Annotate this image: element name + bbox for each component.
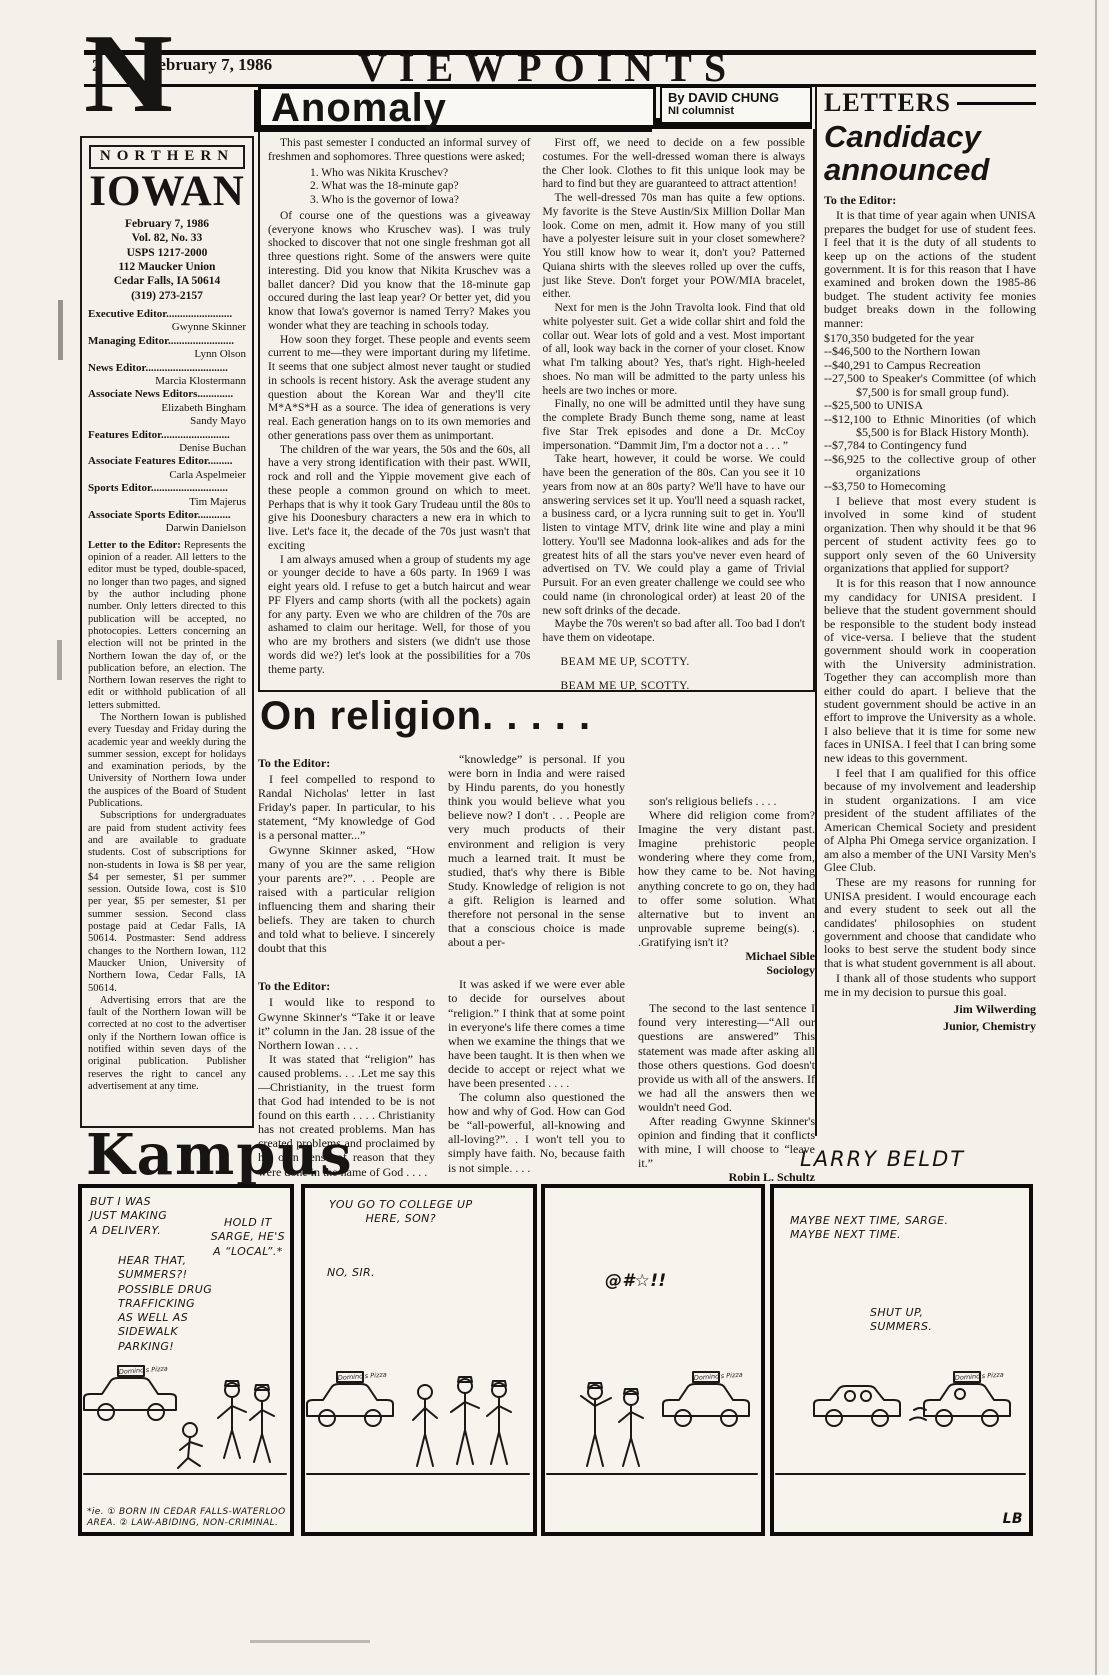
beam-line-1: BEAM ME UP, SCOTTY. xyxy=(561,656,806,670)
publication-info: February 7, 1986 Vol. 82, No. 33 USPS 12… xyxy=(88,217,246,303)
staff-name: Marcia Klostermann xyxy=(88,375,246,388)
pub-phone: (319) 273-2157 xyxy=(88,289,246,303)
comic-panel-4: MAYBE NEXT TIME, SARGE. MAYBE NEXT TIME.… xyxy=(770,1184,1033,1536)
paragraph: son's religious beliefs . . . . xyxy=(638,794,815,808)
staff-role: Associate Features Editor......... xyxy=(88,455,246,468)
paragraph: Maybe the 70s weren't so bad after all. … xyxy=(543,618,806,646)
signature-title: Sociology xyxy=(638,963,815,977)
staff-name: Lynn Olson xyxy=(88,348,246,361)
speech-text: YOU GO TO COLLEGE UP HERE, SON? xyxy=(329,1198,473,1227)
comic-art-driving-away: Domino's Pizza xyxy=(774,1346,1029,1518)
staff-name: Tim Majerus xyxy=(88,496,246,509)
paragraph: I feel compelled to respond to Randal Ni… xyxy=(258,772,435,842)
paragraph: Take heart, however, it could be worse. … xyxy=(543,453,806,618)
scan-smudge xyxy=(58,300,63,360)
paragraph: The children of the war years, the 50s a… xyxy=(268,444,531,554)
paragraph: How soon they forget. These people and e… xyxy=(268,334,531,444)
paragraph: I feel that I am qualified for this offi… xyxy=(824,767,1036,874)
anomaly-byline-role: NI columnist xyxy=(668,105,804,117)
paragraph: The well-dressed 70s man has quite a few… xyxy=(543,192,806,302)
budget-breakdown: $170,350 budgeted for the year --$46,500… xyxy=(824,332,1036,493)
staff-list: Executive Editor........................… xyxy=(88,308,246,536)
speech-text: BUT I WAS JUST MAKING A DELIVERY. xyxy=(90,1195,167,1238)
policy-subscriptions: Subscriptions for undergraduates are pai… xyxy=(88,810,246,994)
salutation: To the Editor: xyxy=(258,756,435,770)
anomaly-survey-questions: 1. Who was Nikita Kruschev? 2. What was … xyxy=(268,167,531,208)
paragraph: It was asked if we were ever able to dec… xyxy=(448,977,625,1090)
page-date: February 7, 1986 xyxy=(148,55,272,75)
scan-smudge xyxy=(250,1640,370,1643)
ni-logo: NI xyxy=(84,18,141,130)
masthead-policy: Letter to the Editor: Represents the opi… xyxy=(88,540,246,1093)
letter-body: To the Editor: It is that time of year a… xyxy=(824,194,1036,1034)
policy-lead: Letter to the Editor: xyxy=(88,540,181,551)
anomaly-column-1: This past semester I conducted an inform… xyxy=(268,137,531,686)
speech-text: HOLD IT SARGE, HE'S A “LOCAL”.* xyxy=(211,1216,285,1259)
scan-edge xyxy=(1095,0,1097,1675)
comic-art-questioning: Domino's Pizza xyxy=(305,1346,533,1518)
paragraph: Gwynne Skinner asked, “How many of you a… xyxy=(258,843,435,956)
staff-role: News Editor.............................… xyxy=(88,362,246,375)
anomaly-title-box: Anomaly xyxy=(258,86,656,128)
signature-title: Junior, Chemistry xyxy=(824,1020,1036,1033)
letters-label: LETTERS xyxy=(824,88,951,118)
anomaly-column-2: First off, we need to decide on a few po… xyxy=(543,137,806,686)
salutation: To the Editor: xyxy=(258,979,435,993)
staff-name: Denise Buchan xyxy=(88,442,246,455)
paragraph: It is for this reason that I now announc… xyxy=(824,577,1036,765)
policy-advertising: Advertising errors that are the fault of… xyxy=(88,995,246,1093)
paragraph: “knowledge” is personal. If you were bor… xyxy=(448,752,625,949)
speech-text: NO, SIR. xyxy=(327,1266,375,1280)
budget-line: $170,350 budgeted for the year xyxy=(824,332,1036,345)
staff-role: Managing Editor........................ xyxy=(88,335,246,348)
paragraph: The column also questioned the how and w… xyxy=(448,1090,625,1175)
pub-address2: Cedar Falls, IA 50614 xyxy=(88,274,246,288)
scan-smudge xyxy=(57,640,62,680)
letters-header-rule xyxy=(957,102,1036,105)
staff-role: Associate News Editors............. xyxy=(88,388,246,401)
staff-name: Darwin Danielson xyxy=(88,522,246,535)
staff-name: Elizabeth Bingham Sandy Mayo xyxy=(88,402,246,429)
budget-line: --$12,100 to Ethnic Minorities (of which… xyxy=(824,413,1036,440)
paragraph: I am always amused when a group of stude… xyxy=(268,554,531,678)
section-title: VIEWPOINTS xyxy=(358,44,738,91)
religion-column-1: To the Editor: I feel compelled to respo… xyxy=(258,752,435,1182)
speech-text: MAYBE NEXT TIME, SARGE. MAYBE NEXT TIME. xyxy=(790,1214,948,1243)
paragraph: After reading Gwynne Skinner's opinion a… xyxy=(638,1114,815,1170)
comic-art-police-and-delivery: Domino's Pizza xyxy=(82,1346,290,1518)
comic-artist-signature: LARRY BELDT xyxy=(800,1146,965,1173)
staff-role: Associate Sports Editor............ xyxy=(88,509,246,522)
pub-usps: USPS 1217-2000 xyxy=(88,246,246,260)
anomaly-article: This past semester I conducted an inform… xyxy=(258,129,815,692)
religion-letters: To the Editor: I feel compelled to respo… xyxy=(258,752,815,1182)
anomaly-title: Anomaly xyxy=(271,86,447,130)
policy-publication: The Northern Iowan is published every Tu… xyxy=(88,712,246,810)
budget-line: --$25,500 to UNISA xyxy=(824,399,1036,412)
artist-initials: LB xyxy=(1003,1510,1023,1528)
comic-footnote: *ie. ① BORN IN CEDAR FALLS-WATERLOO AREA… xyxy=(87,1507,286,1530)
speech-text: SHUT UP, SUMMERS. xyxy=(870,1306,932,1335)
comic-panel-3: @#☆!! Domino's Pizza xyxy=(541,1184,765,1536)
comic-title: Kampus xyxy=(86,1122,354,1188)
paragraph: Where did religion come from? Imagine th… xyxy=(638,808,815,949)
speech-text: HEAR THAT, SUMMERS?! POSSIBLE DRUG TRAFF… xyxy=(118,1254,212,1354)
comic-panel-1: BUT I WAS JUST MAKING A DELIVERY. HOLD I… xyxy=(78,1184,294,1536)
budget-line: --$7,784 to Contingency fund xyxy=(824,439,1036,452)
pub-volume: Vol. 82, No. 33 xyxy=(88,231,246,245)
letters-header: LETTERS xyxy=(824,88,1036,118)
budget-line: --$6,925 to the collective group of othe… xyxy=(824,453,1036,480)
staff-role: Sports Editor...........................… xyxy=(88,482,246,495)
salutation: To the Editor: xyxy=(824,194,1036,207)
paragraph: This past semester I conducted an inform… xyxy=(268,137,531,165)
masthead-sidebar: NORTHERN IOWAN February 7, 1986 Vol. 82,… xyxy=(80,136,254,1128)
staff-role: Executive Editor........................ xyxy=(88,308,246,321)
signature-name: Jim Wilwerding xyxy=(824,1003,1036,1016)
paragraph: Next for men is the John Travolta look. … xyxy=(543,302,806,398)
speech-text: @#☆!! xyxy=(605,1270,667,1292)
paragraph: These are my reasons for running for UNI… xyxy=(824,876,1036,970)
anomaly-byline-box: By DAVID CHUNG NI columnist xyxy=(660,86,812,124)
staff-role: Features Editor......................... xyxy=(88,429,246,442)
pub-date: February 7, 1986 xyxy=(88,217,246,231)
staff-name: Carla Aspelmeier xyxy=(88,469,246,482)
paragraph: First off, we need to decide on a few po… xyxy=(543,137,806,192)
policy-letters: Letter to the Editor: Represents the opi… xyxy=(88,540,246,712)
paragraph: The second to the last sentence I found … xyxy=(638,1001,815,1114)
signature-name: Michael Sible xyxy=(638,949,815,963)
paragraph: I believe that most every student is inv… xyxy=(824,495,1036,575)
letters-column: LETTERS Candidacy announced To the Edito… xyxy=(824,88,1036,1166)
budget-line: --$46,500 to the Northern Iowan xyxy=(824,345,1036,358)
budget-line: --$3,750 to Homecoming xyxy=(824,480,1036,493)
budget-line: --27,500 to Speaker's Committee (of whic… xyxy=(824,372,1036,399)
paragraph: I would like to respond to Gwynne Skinne… xyxy=(258,995,435,1051)
religion-section-title: On religion. . . . . xyxy=(260,694,591,739)
column-divider xyxy=(815,86,817,1136)
paragraph: Finally, no one will be admitted until t… xyxy=(543,398,806,453)
pub-address1: 112 Maucker Union xyxy=(88,260,246,274)
paragraph: Of course one of the questions was a giv… xyxy=(268,210,531,334)
paragraph: It is that time of year again when UNISA… xyxy=(824,209,1036,330)
masthead-name-main: IOWAN xyxy=(88,169,246,214)
religion-column-3: son's religious beliefs . . . . Where di… xyxy=(638,752,815,1182)
anomaly-byline: By DAVID CHUNG xyxy=(668,90,804,105)
paragraph: I thank all of those students who suppor… xyxy=(824,972,1036,999)
staff-name: Gwynne Skinner xyxy=(88,321,246,334)
letter-headline: Candidacy announced xyxy=(824,120,1036,186)
masthead-name-top: NORTHERN xyxy=(89,145,245,169)
signature-name: Robin L. Schultz xyxy=(638,1170,815,1182)
beam-line-2: BEAM ME UP, SCOTTY. xyxy=(561,680,806,693)
comic-panel-2: YOU GO TO COLLEGE UP HERE, SON? NO, SIR.… xyxy=(301,1184,537,1536)
comic-art-angry-sarge: Domino's Pizza xyxy=(545,1346,761,1518)
budget-line: --$40,291 to Campus Recreation xyxy=(824,359,1036,372)
religion-column-2: “knowledge” is personal. If you were bor… xyxy=(448,752,625,1182)
